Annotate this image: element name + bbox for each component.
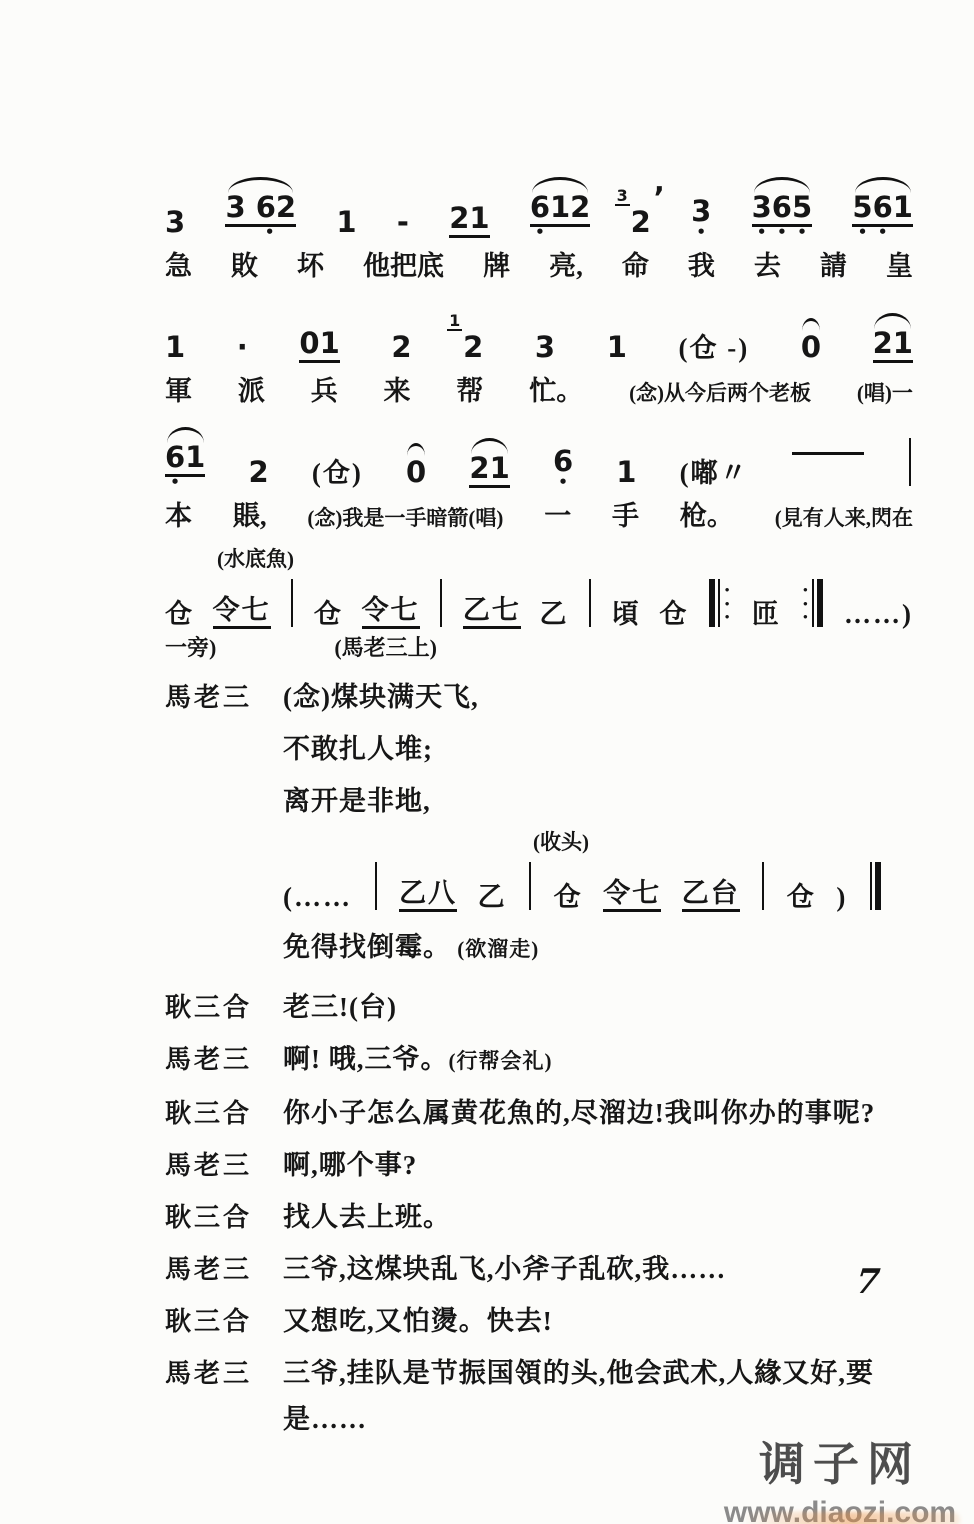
- token-text: 乙八: [399, 879, 457, 912]
- lyric-segment: (唱)一: [857, 377, 913, 407]
- note-token: 1: [616, 457, 636, 488]
- note-token: 561••: [852, 192, 913, 238]
- octave-dots: ••: [852, 228, 913, 238]
- sustain-dash: [792, 452, 864, 455]
- lyric-segment: 亮,: [549, 244, 583, 283]
- octave-dots: •: [691, 228, 711, 238]
- stage-direction-sneak-away: (欲溜走): [451, 937, 539, 961]
- note-token: 612•: [530, 192, 591, 238]
- lyric-segment: 急: [165, 244, 192, 283]
- token-text: 0: [801, 332, 821, 363]
- token-text: 3 62: [225, 192, 296, 227]
- token-text: (……: [283, 883, 352, 912]
- gong-syllable-token: 乙: [478, 883, 507, 912]
- gong-syllable-token: ): [836, 883, 847, 912]
- gong-syllable-token: 仓: [314, 600, 343, 629]
- token-text: 1: [165, 332, 185, 363]
- dialogue-text: 啊,哪个事?: [283, 1142, 913, 1188]
- lyrics-row: 急敗坏他把底牌亮,命我去請皇: [165, 244, 913, 283]
- token-text: 1: [336, 207, 356, 238]
- percussion-line-1: (水底魚)仓令七仓令七乙七乙頃仓•••匝•••……)一旁)(馬老三上): [165, 543, 913, 662]
- dialogue-text: 你小子怎么属黄花魚的,尽溜边!我叫你办的事呢?: [283, 1090, 913, 1136]
- lyric-segment: 牌: [483, 244, 510, 283]
- dialogue-row: 耿三合你小子怎么属黄花魚的,尽溜边!我叫你办的事呢?: [165, 1090, 913, 1136]
- stage-label-shuidiyu: (水底魚): [217, 543, 913, 573]
- barline-single: [909, 438, 911, 486]
- lyric-segment: 手: [612, 494, 639, 533]
- stage-direction-ma-enters: (馬老三上): [334, 631, 437, 662]
- watermark: 调子网 www.diaozi.com: [710, 1428, 970, 1524]
- token-text: 21: [873, 328, 913, 363]
- lyric-segment: 坏: [297, 244, 324, 283]
- token-text: 2: [391, 332, 411, 363]
- notes-row: 33 62 • 1-21612• 32’3•365•••561••: [165, 168, 913, 238]
- token-text: (嘟〃: [680, 459, 749, 488]
- note-token: 0: [801, 332, 821, 363]
- gong-syllable-token: (……: [283, 883, 352, 912]
- token-text: 令七: [362, 596, 420, 629]
- token-text: 3: [165, 207, 185, 238]
- lyric-segment: 皇: [886, 244, 913, 283]
- note-token: 3•: [691, 196, 711, 238]
- notes-row: 61• 2(仓)0216•1(嘟〃: [165, 418, 913, 488]
- stage-direction: (行帮会礼): [449, 1049, 553, 1073]
- notes-row: 1·0121231(仓 -)021: [165, 293, 913, 363]
- token-text: 1: [607, 332, 627, 363]
- octave-dots: •: [225, 228, 296, 238]
- gong-syllable-token: (嘟〃: [680, 459, 749, 488]
- speaker-name: 耿三合: [165, 1194, 283, 1240]
- token-text: 1: [616, 457, 636, 488]
- octave-dots: •: [553, 478, 573, 488]
- token-text: 21: [469, 453, 509, 488]
- dialogue-row: 馬老三啊! 哦,三爷。(行帮会礼): [165, 1036, 913, 1084]
- token-text: 乙七: [463, 596, 521, 629]
- slur-arc: [855, 177, 911, 193]
- barline-final: [870, 862, 881, 910]
- verse-end-text: 免得找倒霉。 (欲溜走): [283, 924, 913, 972]
- note-token: 2: [249, 457, 269, 488]
- dialogue-row: 耿三合又想吃,又怕燙。快去!: [165, 1298, 913, 1344]
- token-text: (仓): [312, 459, 363, 488]
- token-text: 乙: [539, 600, 568, 629]
- speaker-name: 耿三合: [165, 1090, 283, 1136]
- lyric-segment: 帮: [456, 369, 483, 408]
- dialogue-line: 啊,哪个事?: [283, 1150, 417, 1180]
- barline-single: [291, 579, 293, 627]
- lyric-segment: (念)从今后两个老板: [629, 377, 811, 407]
- speaker-name: 馬老三: [165, 674, 283, 720]
- lyric-segment: (念)我是一手暗箭(唱): [307, 502, 503, 532]
- token-text: 612: [530, 192, 591, 227]
- barline-single: [375, 862, 377, 910]
- token-text: 61: [165, 442, 205, 477]
- token-text: 561: [852, 192, 913, 227]
- verse-end: 免得找倒霉。 (欲溜走): [165, 924, 913, 972]
- music-line: 1·0121231(仓 -)021軍派兵来帮忙。(念)从今后两个老板(唱)一: [165, 293, 913, 408]
- lyric-segment: 我: [688, 244, 715, 283]
- dialogue-line: 啊! 哦,三爷。: [283, 1044, 449, 1074]
- dialogue-row: 馬老三三爷,这煤块乱飞,小斧子乱砍,我……: [165, 1246, 913, 1292]
- verse-text: 不敢扎人堆;: [283, 726, 913, 772]
- note-token: 1: [336, 207, 356, 238]
- token-text: 仓: [165, 600, 194, 629]
- lyric-segment: 賬,: [233, 494, 267, 533]
- note-token: 3: [165, 207, 185, 238]
- lyric-segment: 枪。: [680, 494, 734, 533]
- watermark-site-name: 调子网: [710, 1428, 970, 1494]
- token-text: 仓: [314, 600, 343, 629]
- lyric-segment: 一: [544, 494, 571, 533]
- barline-single: [529, 862, 531, 910]
- lyrics-row: 本賬,(念)我是一手暗箭(唱)一手枪。(見有人来,閃在: [165, 494, 913, 533]
- token-text: 乙: [478, 883, 507, 912]
- barline-single: [762, 862, 764, 910]
- note-token: ·: [237, 332, 248, 363]
- dialogue-text: 啊! 哦,三爷。(行帮会礼): [283, 1036, 913, 1084]
- scanned-opera-score-page: 33 62 • 1-21612• 32’3•365•••561•• 急敗坏他把底…: [0, 0, 974, 1524]
- gong-syllable-token: 令七: [362, 596, 420, 629]
- note-token: 365•••: [752, 192, 813, 238]
- verse-block: 馬老三(念)煤块满天飞,不敢扎人堆;离开是非地,: [165, 674, 913, 824]
- token-text: 2: [631, 207, 651, 238]
- dialogue-text: 又想吃,又怕燙。快去!: [283, 1298, 913, 1344]
- dialogue-row: 耿三合找人去上班。: [165, 1194, 913, 1240]
- music-line: 33 62 • 1-21612• 32’3•365•••561•• 急敗坏他把底…: [165, 168, 913, 283]
- token-text: 仓: [659, 600, 688, 629]
- gong-syllable-token: 令七: [213, 596, 271, 629]
- note-token: 21: [449, 203, 489, 238]
- note-token: 0: [406, 457, 426, 488]
- note-token: 61•: [165, 442, 205, 488]
- percussion-row: 仓令七仓令七乙七乙頃仓•••匝•••……): [165, 573, 913, 629]
- lyric-segment: 他把底: [363, 244, 444, 283]
- fermata-arc: [802, 318, 820, 331]
- token-text: ……): [844, 600, 913, 629]
- dialogue-block: 耿三合老三!(台)馬老三啊! 哦,三爷。(行帮会礼)耿三合你小子怎么属黄花魚的,…: [165, 984, 913, 1442]
- note-token: 1: [607, 332, 627, 363]
- speaker-name: 馬老三: [165, 1246, 283, 1292]
- page-content: 33 62 • 1-21612• 32’3•365•••561•• 急敗坏他把底…: [165, 168, 913, 1442]
- speaker-name: 馬老三: [165, 1142, 283, 1188]
- note-token: 1: [165, 332, 185, 363]
- token-text: 令七: [213, 596, 271, 629]
- speaker-name: 馬老三: [165, 1036, 283, 1082]
- note-token: 3 62 •: [225, 192, 296, 238]
- grace-note: 3: [615, 187, 630, 207]
- verse-end-row: 免得找倒霉。 (欲溜走): [165, 924, 913, 972]
- slur-arc: [167, 427, 204, 443]
- token-text: ): [836, 883, 847, 912]
- gong-syllable-token: 乙: [539, 600, 568, 629]
- token-text: 乙台: [682, 879, 740, 912]
- dialogue-row: 耿三合老三!(台): [165, 984, 913, 1030]
- token-text: 21: [449, 203, 489, 238]
- barline-rpt-start: •••: [709, 579, 731, 627]
- barline-single: [589, 579, 591, 627]
- gong-syllable-token: 仓: [787, 883, 816, 912]
- dialogue-text: 三爷,这煤块乱飞,小斧子乱砍,我……: [283, 1246, 913, 1292]
- dialogue-line: 又想吃,又怕燙。快去!: [283, 1306, 553, 1336]
- percussion-row: (……乙八乙仓令七乙台仓): [283, 856, 883, 912]
- note-token: 3: [535, 332, 555, 363]
- gong-syllable-token: 乙七: [463, 596, 521, 629]
- fermata-arc: [407, 443, 425, 456]
- note-token: 2: [391, 332, 411, 363]
- slur-arc: [228, 177, 293, 193]
- dialogue-row: 馬老三啊,哪个事?: [165, 1142, 913, 1188]
- token-text: 匝: [752, 600, 781, 629]
- speaker-name: 耿三合: [165, 1298, 283, 1344]
- lyric-segment: 来: [384, 369, 411, 408]
- lyric-segment: 軍: [165, 369, 192, 408]
- dialogue-line: 找人去上班。: [283, 1202, 451, 1232]
- gong-syllable-token: 仓: [659, 600, 688, 629]
- token-text: 仓: [787, 883, 816, 912]
- slur-arc: [471, 438, 508, 454]
- dialogue-line: 老三!(台): [283, 992, 397, 1022]
- dialogue-text: 找人去上班。: [283, 1194, 913, 1240]
- lyric-segment: 兵: [311, 369, 338, 408]
- dialogue-line-continued: 是……: [283, 1404, 367, 1434]
- gong-syllable-token: (仓 -): [678, 334, 749, 363]
- token-text: 頃: [612, 600, 641, 629]
- octave-dots: •: [165, 478, 205, 488]
- note-token: 12: [463, 332, 483, 363]
- breath-mark: ’: [653, 183, 664, 215]
- percussion-line-2: (收头)(……乙八乙仓令七乙台仓): [283, 826, 883, 912]
- gong-syllable-token: 乙八: [399, 879, 457, 912]
- slur-arc: [874, 313, 911, 329]
- octave-dots: •: [530, 228, 591, 238]
- token-text: 3: [535, 332, 555, 363]
- gong-syllable-token: 仓: [554, 883, 583, 912]
- octave-dots: •••: [752, 228, 813, 238]
- token-text: 365: [752, 192, 813, 227]
- slur-arc: [754, 177, 810, 193]
- dialogue-text: 老三!(台): [283, 984, 913, 1030]
- speaker-name: 馬老三: [165, 1350, 283, 1396]
- gong-syllable-token: (仓): [312, 459, 363, 488]
- gong-syllable-token: 頃: [612, 600, 641, 629]
- lyric-segment: 本: [165, 494, 192, 533]
- token-text: 0: [406, 457, 426, 488]
- dialogue-line: 三爷,这煤块乱飞,小斧子乱砍,我……: [283, 1254, 726, 1284]
- note-token: 32’: [631, 207, 651, 238]
- music-notation-block: 33 62 • 1-21612• 32’3•365•••561•• 急敗坏他把底…: [165, 168, 913, 533]
- verse-text: (念)煤块满天飞,: [283, 674, 913, 720]
- verse-row: 离开是非地,: [165, 778, 913, 824]
- stage-label-shoutou: (收头): [533, 826, 883, 856]
- grace-note: 1: [447, 312, 462, 332]
- page-number: 7: [854, 1262, 882, 1302]
- percussion-below-labels: 一旁)(馬老三上): [165, 631, 913, 662]
- faint-orange-watermark: [740, 1512, 960, 1524]
- music-line: 61• 2(仓)0216•1(嘟〃本賬,(念)我是一手暗箭(唱)一手枪。(見有人…: [165, 418, 913, 533]
- lyrics-row: 軍派兵来帮忙。(念)从今后两个老板(唱)一: [165, 369, 913, 408]
- slur-arc: [532, 177, 588, 193]
- verse-row: 不敢扎人堆;: [165, 726, 913, 772]
- lyric-continuation: 一旁): [165, 631, 216, 662]
- note-token: 21: [873, 328, 913, 363]
- gong-syllable-token: ……): [844, 600, 913, 629]
- token-text: 2: [463, 332, 483, 363]
- lyric-segment: (見有人来,閃在: [775, 502, 913, 532]
- verse-text: 离开是非地,: [283, 778, 913, 824]
- dialogue-line: 三爷,挂队是节振国領的头,他会武术,人緣又好,要: [283, 1358, 874, 1388]
- gong-syllable-token: 匝: [752, 600, 781, 629]
- barline-rpt-end: •••: [801, 579, 823, 627]
- lyric-segment: 敗: [231, 244, 258, 283]
- watermark-site-url: www.diaozi.com: [710, 1496, 970, 1524]
- note-token: 21: [469, 453, 509, 488]
- token-text: 01: [299, 328, 339, 363]
- token-text: (仓 -): [678, 334, 749, 363]
- lyric-segment: 派: [238, 369, 265, 408]
- lyric-segment: 命: [622, 244, 649, 283]
- note-token: 01: [299, 328, 339, 363]
- note-token: -: [397, 207, 409, 238]
- gong-syllable-token: 仓: [165, 600, 194, 629]
- token-text: -: [397, 207, 409, 238]
- lyric-segment: 請: [820, 244, 847, 283]
- verse-end-main: 免得找倒霉。: [283, 932, 451, 962]
- gong-syllable-token: 令七: [603, 879, 661, 912]
- verse-row: 馬老三(念)煤块满天飞,: [165, 674, 913, 720]
- lyric-segment: 去: [754, 244, 781, 283]
- lyric-segment: 忙。: [529, 369, 583, 408]
- speaker-name: 耿三合: [165, 984, 283, 1030]
- token-text: 2: [249, 457, 269, 488]
- token-text: 令七: [603, 879, 661, 912]
- dialogue-line: 你小子怎么属黄花魚的,尽溜边!我叫你办的事呢?: [283, 1098, 875, 1128]
- note-token: 6•: [553, 446, 573, 488]
- gong-syllable-token: 乙台: [682, 879, 740, 912]
- token-text: ·: [237, 332, 248, 363]
- barline-single: [440, 579, 442, 627]
- token-text: 仓: [554, 883, 583, 912]
